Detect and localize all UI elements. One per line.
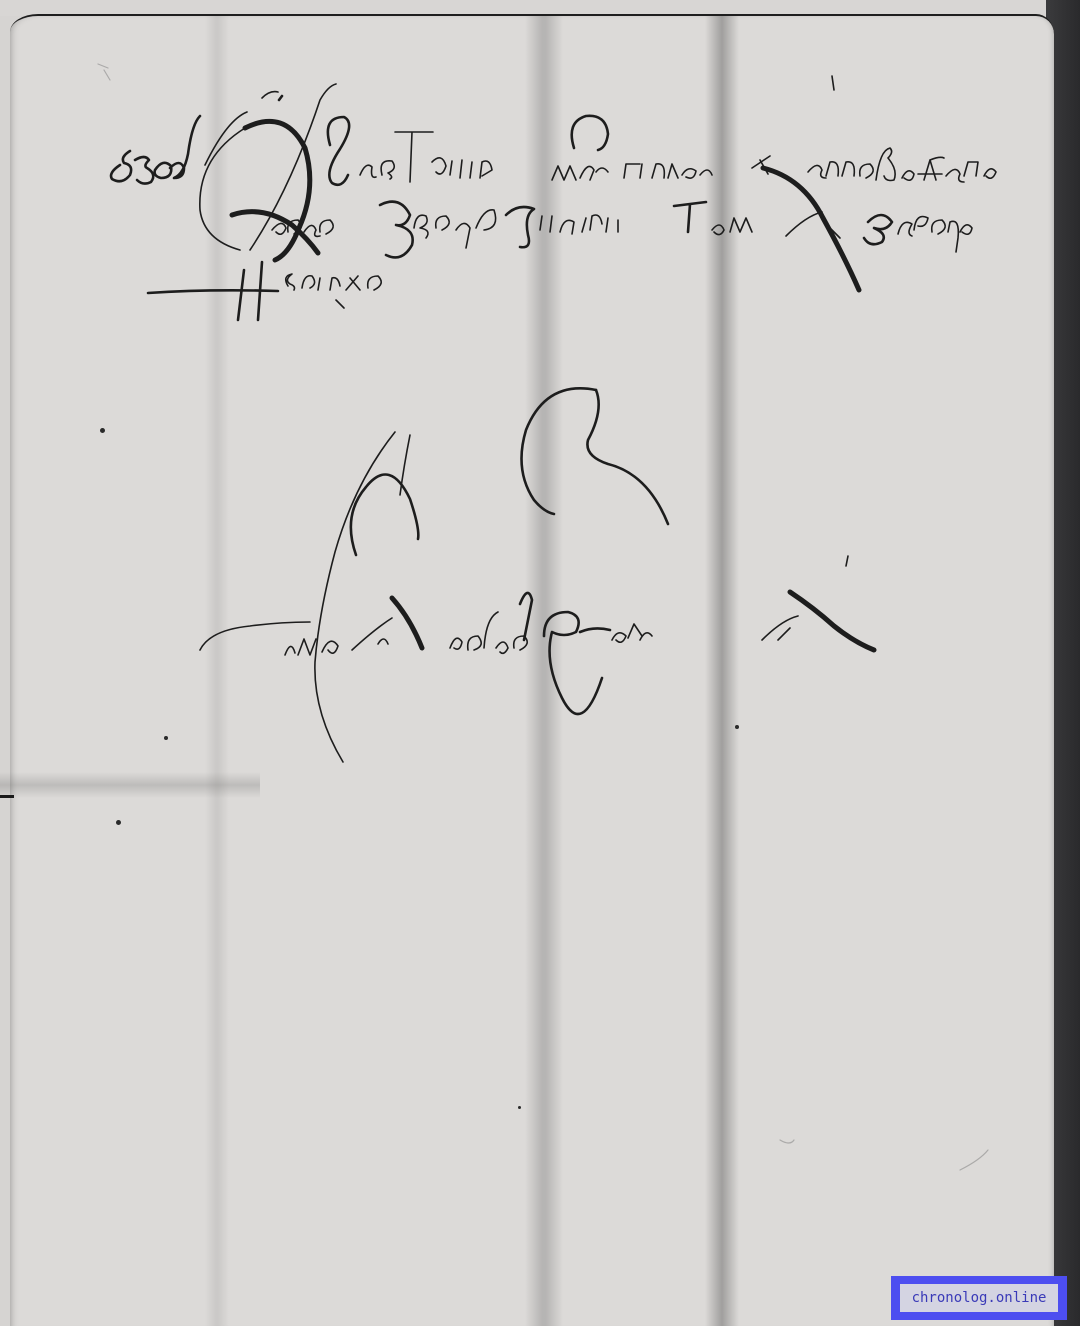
margin-marks-ink xyxy=(98,64,988,1170)
watermark-text: chronolog.online xyxy=(900,1284,1058,1312)
signature-line-ink xyxy=(200,556,874,714)
text-line-3-ink xyxy=(148,262,381,320)
handwriting-ink xyxy=(0,0,1080,1326)
text-line-2-ink xyxy=(272,202,972,258)
initial-flourish-ink xyxy=(200,84,336,260)
watermark-badge: chronolog.online xyxy=(891,1276,1067,1320)
text-line-1-ink xyxy=(328,116,996,290)
signature-upper-ink xyxy=(315,388,668,762)
folio-number-ink xyxy=(111,116,200,184)
